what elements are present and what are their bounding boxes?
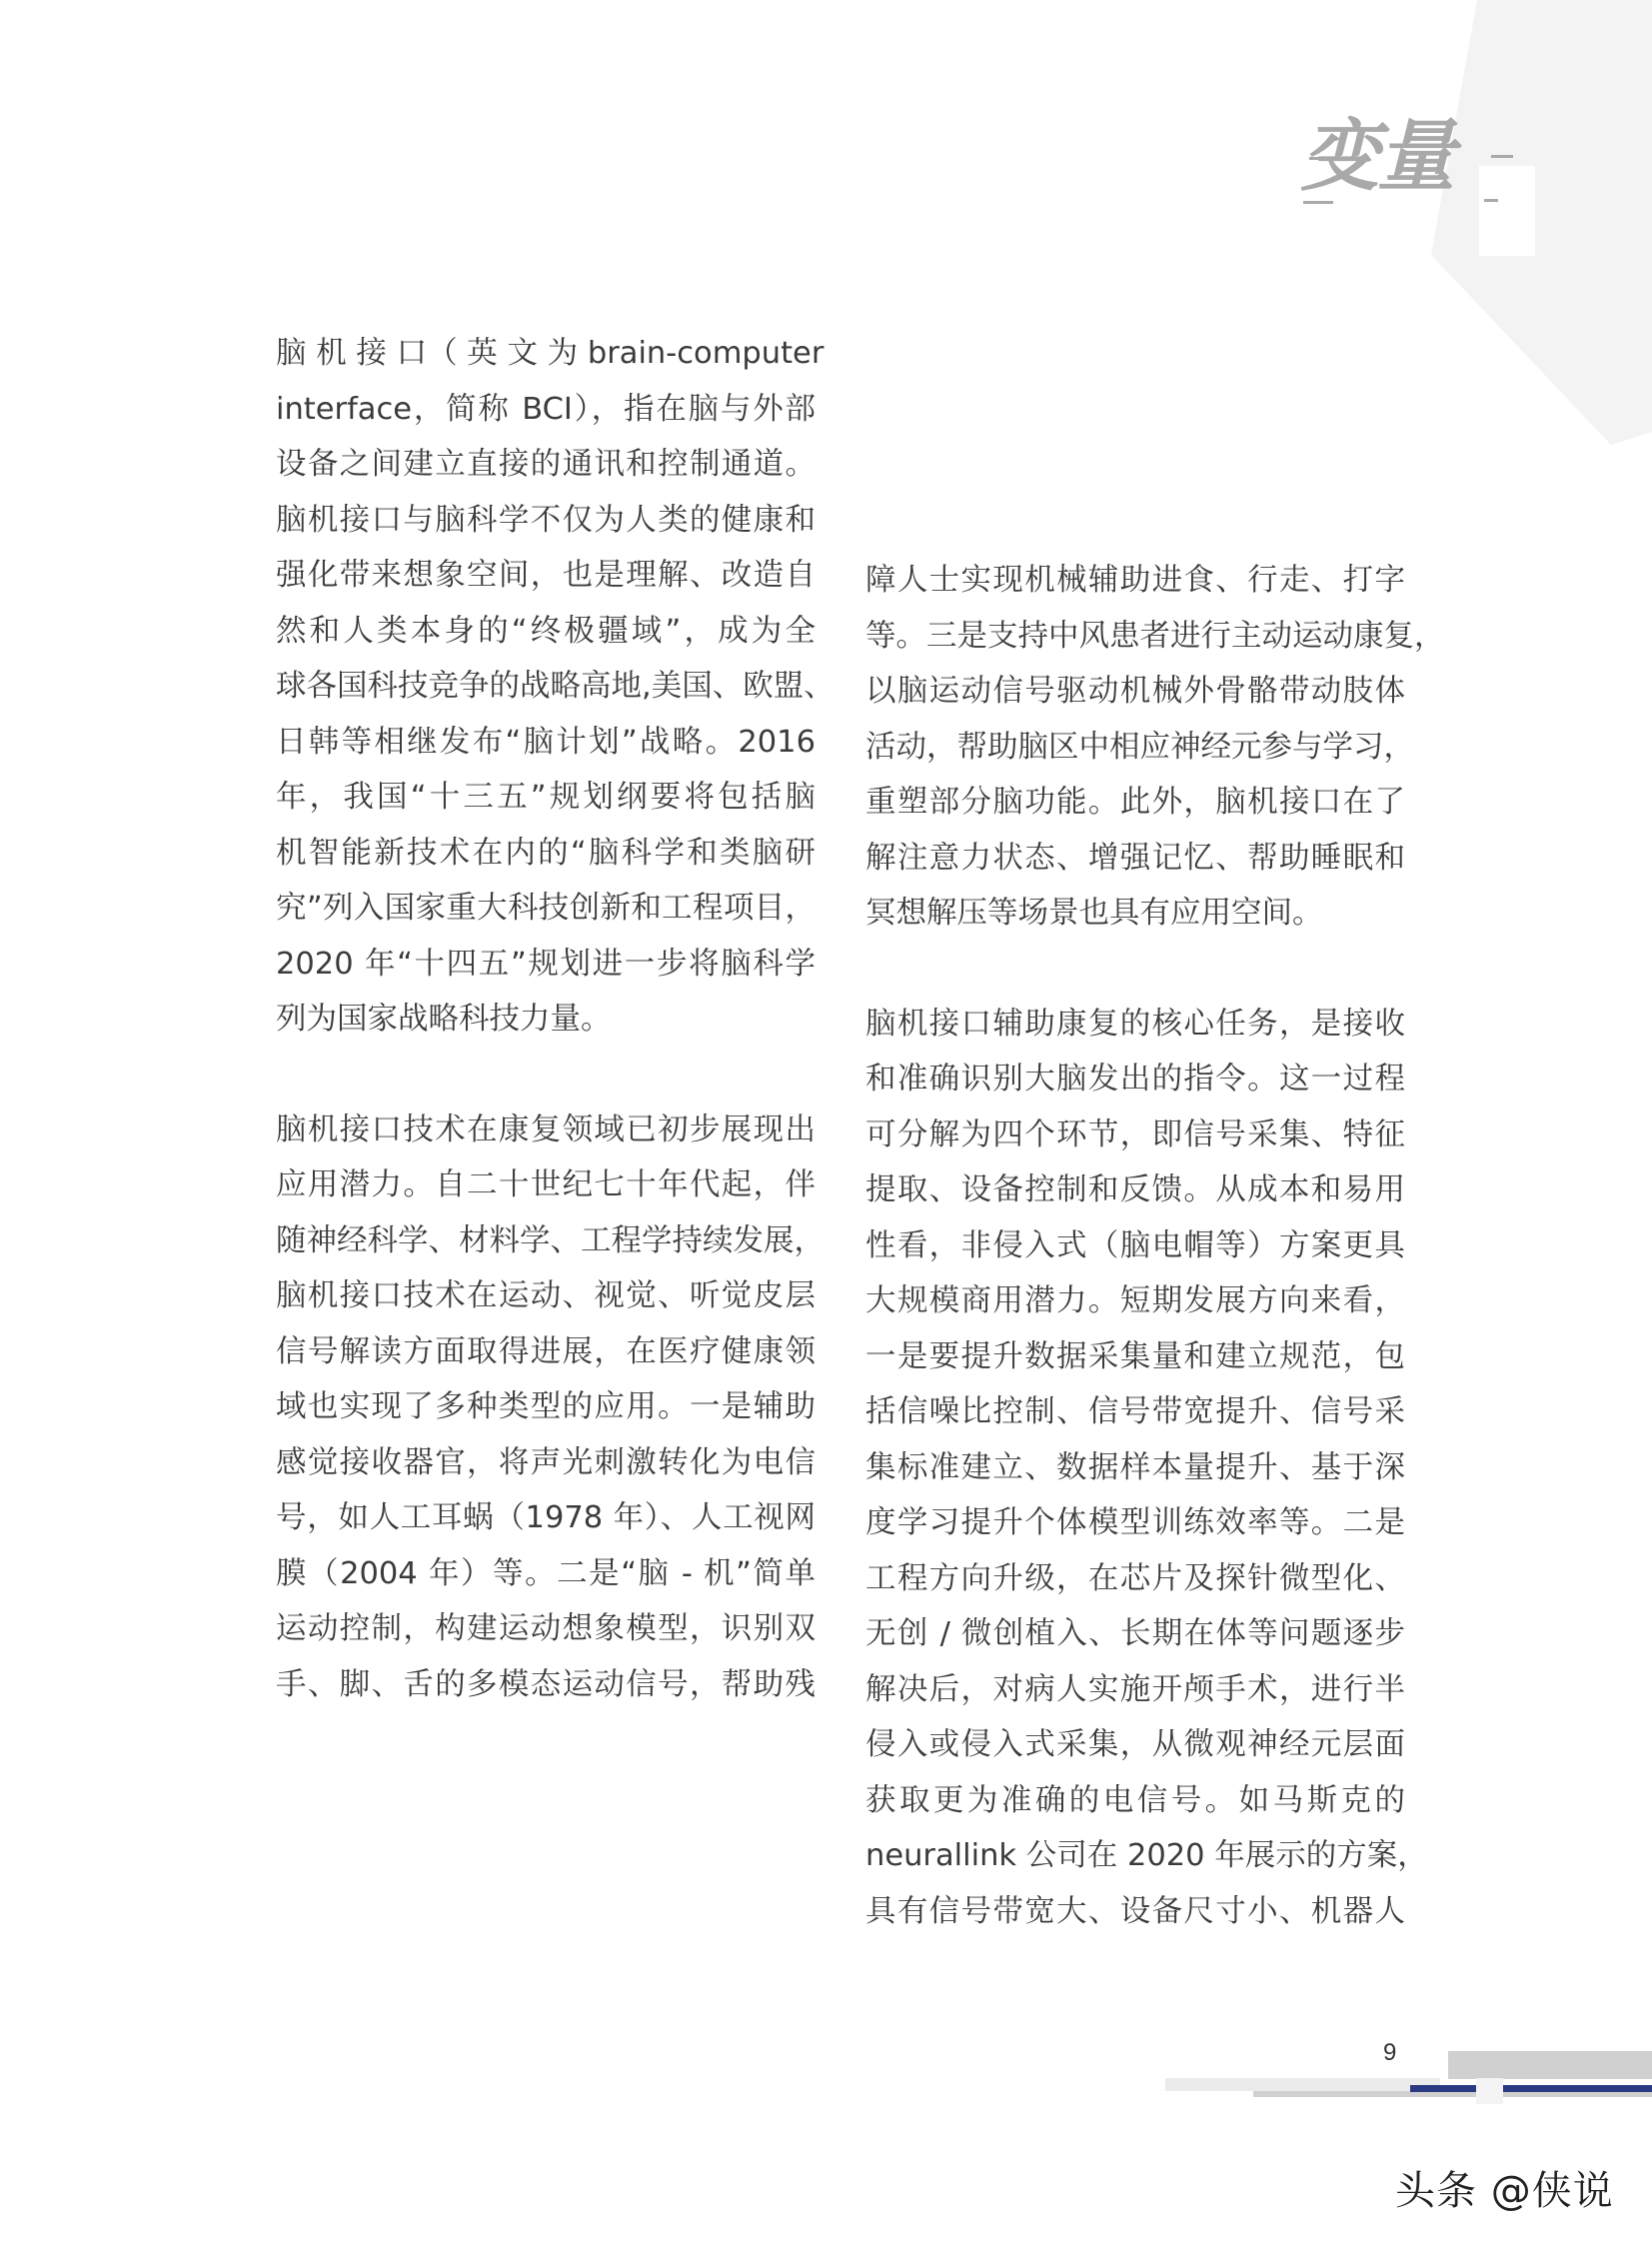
text-line: 列为国家战略科技力量。 xyxy=(276,992,816,1048)
text-line: 脑机接口辅助康复的核心任务，是接收 xyxy=(865,997,1405,1053)
paragraph: 脑 机 接 口（ 英 文 为 brain-computer interface，… xyxy=(276,326,816,1048)
text-line: 感觉接收器官，将声光刺激转化为电信 xyxy=(276,1435,816,1491)
text-line: neurallink 公司在 2020 年展示的方案， xyxy=(865,1828,1405,1884)
footer-bar-gray-block xyxy=(1448,2051,1652,2079)
text-line: 和准确识别大脑发出的指令。这一过程 xyxy=(865,1052,1405,1108)
text-line: 可分解为四个环节，即信号采集、特征 xyxy=(865,1108,1405,1163)
text-line: 以脑运动信号驱动机械外骨骼带动肢体 xyxy=(865,664,1405,720)
logo-stroke-decoration xyxy=(1484,199,1498,202)
text-line: 重塑部分脑功能。此外，脑机接口在了 xyxy=(865,775,1405,831)
text-line: 强化带来想象空间，也是理解、改造自 xyxy=(276,548,816,604)
text-line: 解注意力状态、增强记忆、帮助睡眠和 xyxy=(865,831,1405,887)
text-line: 度学习提升个体模型训练效率等。二是 xyxy=(865,1495,1405,1551)
footer-accent-line-left xyxy=(1410,2085,1476,2092)
text-line: 手、脚、舌的多模态运动信号，帮助残 xyxy=(276,1657,816,1713)
footer-accent-line-right xyxy=(1503,2085,1652,2092)
text-line: 括信噪比控制、信号带宽提升、信号采 xyxy=(865,1384,1405,1440)
text-line: 域也实现了多种类型的应用。一是辅助 xyxy=(276,1379,816,1435)
text-line: 冥想解压等场景也具有应用空间。 xyxy=(865,886,1405,942)
text-line: 膜（2004 年）等。二是“脑 - 机”简单 xyxy=(276,1546,816,1602)
text-line: 解决后，对病人实施开颅手术，进行半 xyxy=(865,1662,1405,1718)
text-line: 性看，非侵入式（脑电帽等）方案更具 xyxy=(865,1218,1405,1274)
text-line: 侵入或侵入式采集，从微观神经元层面 xyxy=(865,1717,1405,1773)
text-line: interface，简称 BCI），指在脑与外部 xyxy=(276,382,816,438)
logo-stroke-decoration xyxy=(1491,155,1513,158)
text-line: 球各国科技竞争的战略高地,美国、欧盟、 xyxy=(276,659,816,715)
text-line: 设备之间建立直接的通讯和控制通道。 xyxy=(276,437,816,493)
logo-stroke-decoration xyxy=(1303,201,1333,204)
footer-bar-light xyxy=(1165,2078,1440,2091)
text-line: 提取、设备控制和反馈。从成本和易用 xyxy=(865,1162,1405,1218)
text-line: 脑机接口技术在康复领域已初步展现出 xyxy=(276,1103,816,1158)
paragraph: 脑机接口辅助康复的核心任务，是接收 和准确识别大脑发出的指令。这一过程 可分解为… xyxy=(865,997,1405,1940)
footer-accent-gap xyxy=(1476,2078,1503,2104)
right-column: 障人士实现机械辅助进食、行走、打字 等。三是支持中风患者进行主动运动康复， 以脑… xyxy=(865,553,1405,1939)
text-line: 活动，帮助脑区中相应神经元参与学习， xyxy=(865,720,1405,776)
text-line: 究”列入国家重大科技创新和工程项目， xyxy=(276,881,816,937)
logo-stroke-decoration xyxy=(1309,157,1337,160)
text-line: 随神经科学、材料学、工程学持续发展， xyxy=(276,1213,816,1269)
paragraph-spacer xyxy=(865,942,1405,997)
paragraph: 脑机接口技术在康复领域已初步展现出 应用潜力。自二十世纪七十年代起，伴 随神经科… xyxy=(276,1103,816,1713)
paragraph: 障人士实现机械辅助进食、行走、打字 等。三是支持中风患者进行主动运动康复， 以脑… xyxy=(865,553,1405,942)
text-line: 无创 / 微创植入、长期在体等问题逐步 xyxy=(865,1606,1405,1662)
text-line: 障人士实现机械辅助进食、行走、打字 xyxy=(865,553,1405,609)
text-line: 应用潜力。自二十世纪七十年代起，伴 xyxy=(276,1157,816,1213)
logo-backdrop xyxy=(1479,166,1535,256)
text-line: 脑机接口与脑科学不仅为人类的健康和 xyxy=(276,493,816,549)
page-number: 9 xyxy=(1383,2039,1396,2067)
left-column: 脑 机 接 口（ 英 文 为 brain-computer interface，… xyxy=(276,326,816,1712)
text-line: 机智能新技术在内的“脑科学和类脑研 xyxy=(276,826,816,882)
text-line: 脑机接口技术在运动、视觉、听觉皮层 xyxy=(276,1268,816,1324)
text-line: 等。三是支持中风患者进行主动运动康复， xyxy=(865,609,1405,665)
text-line: 日韩等相继发布“脑计划”战略。2016 xyxy=(276,715,816,771)
text-line: 具有信号带宽大、设备尺寸小、机器人 xyxy=(865,1884,1405,1940)
text-line: 获取更为准确的电信号。如马斯克的 xyxy=(865,1773,1405,1829)
text-line: 大规模商用潜力。短期发展方向来看， xyxy=(865,1273,1405,1329)
text-line: 号，如人工耳蜗（1978 年）、人工视网 xyxy=(276,1490,816,1546)
text-line: 信号解读方面取得进展，在医疗健康领 xyxy=(276,1324,816,1380)
text-line: 运动控制，构建运动想象模型，识别双 xyxy=(276,1601,816,1657)
text-line: 一是要提升数据采集量和建立规范，包 xyxy=(865,1329,1405,1385)
text-line: 集标准建立、数据样本量提升、基于深 xyxy=(865,1440,1405,1496)
watermark: 头条 @侠说 xyxy=(1395,2159,1614,2216)
text-line: 年，我国“十三五”规划纲要将包括脑 xyxy=(276,770,816,826)
text-line: 工程方向升级，在芯片及探针微型化、 xyxy=(865,1551,1405,1607)
text-line: 2020 年“十四五”规划进一步将脑科学 xyxy=(276,937,816,993)
text-line: 然和人类本身的“终极疆域”，成为全 xyxy=(276,604,816,660)
paragraph-spacer xyxy=(276,1048,816,1103)
text-line: 脑 机 接 口（ 英 文 为 brain-computer xyxy=(276,326,816,382)
